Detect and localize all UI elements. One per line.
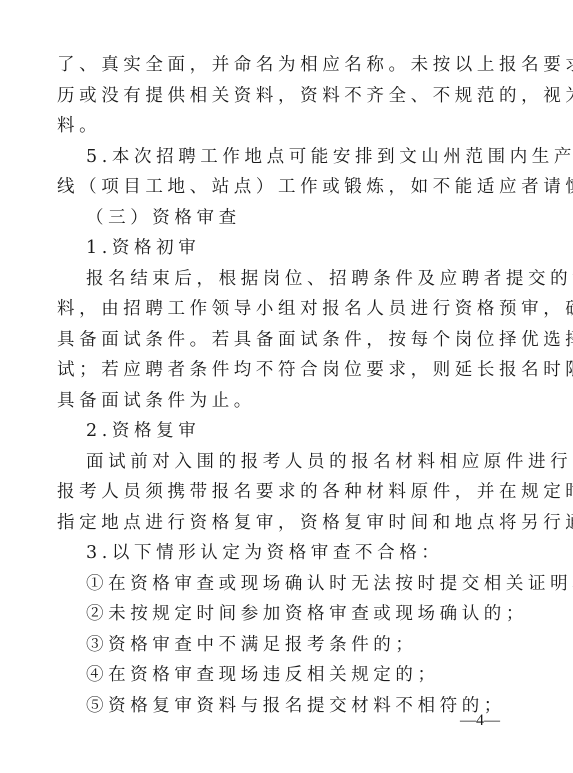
text-line: 料，由招聘工作领导小组对报名人员进行资格预审，确定是否 [57,298,517,320]
list-item: ③资格审查中不满足报考条件的； [86,634,517,656]
section-heading: （三）资格审查 [86,207,517,229]
document-page: 了、真实全面，并命名为相应名称。未按以上报名要求投递简 历或没有提供相关资料，资… [0,0,573,773]
text-line: 历或没有提供相关资料，资料不齐全、不规范的，视为无效资 [57,85,517,107]
text-line: 了、真实全面，并命名为相应名称。未按以上报名要求投递简 [57,54,517,76]
subsection-heading: 3.以下情形认定为资格审查不合格： [86,542,517,564]
text-line: 具备面试条件。若具备面试条件，按每个岗位择优选择 1-5 人面 [57,329,517,351]
text-line: 试；若应聘者条件均不符合岗位要求，则延长报名时限，直至 [57,359,517,381]
list-item: ②未按规定时间参加资格审查或现场确认的； [86,603,517,625]
subsection-heading: 1.资格初审 [86,237,517,259]
text-line: 报考人员须携带报名要求的各种材料原件，并在规定时间内到 [57,481,517,503]
text-line: 面试前对入围的报考人员的报名材料相应原件进行复审。 [86,451,517,473]
list-item: ⑤资格复审资料与报名提交材料不相符的； [86,695,517,717]
text-line: 料。 [57,115,517,137]
list-item: ①在资格审查或现场确认时无法按时提交相关证明材料 [86,573,517,595]
page-number: —4— [460,712,500,730]
list-item: ④在资格审查现场违反相关规定的； [86,664,517,686]
text-line: 线（项目工地、站点）工作或锻炼，如不能适应者请慎重报名。 [57,176,517,198]
text-line: 指定地点进行资格复审，资格复审时间和地点将另行通知。 [57,512,517,534]
text-line: 具备面试条件为止。 [57,390,517,412]
text-line: 报名结束后，根据岗位、招聘条件及应聘者提交的证明材 [86,268,517,290]
subsection-heading: 2.资格复审 [86,420,517,442]
text-line: 5.本次招聘工作地点可能安排到文山州范围内生产经营一 [86,146,517,168]
